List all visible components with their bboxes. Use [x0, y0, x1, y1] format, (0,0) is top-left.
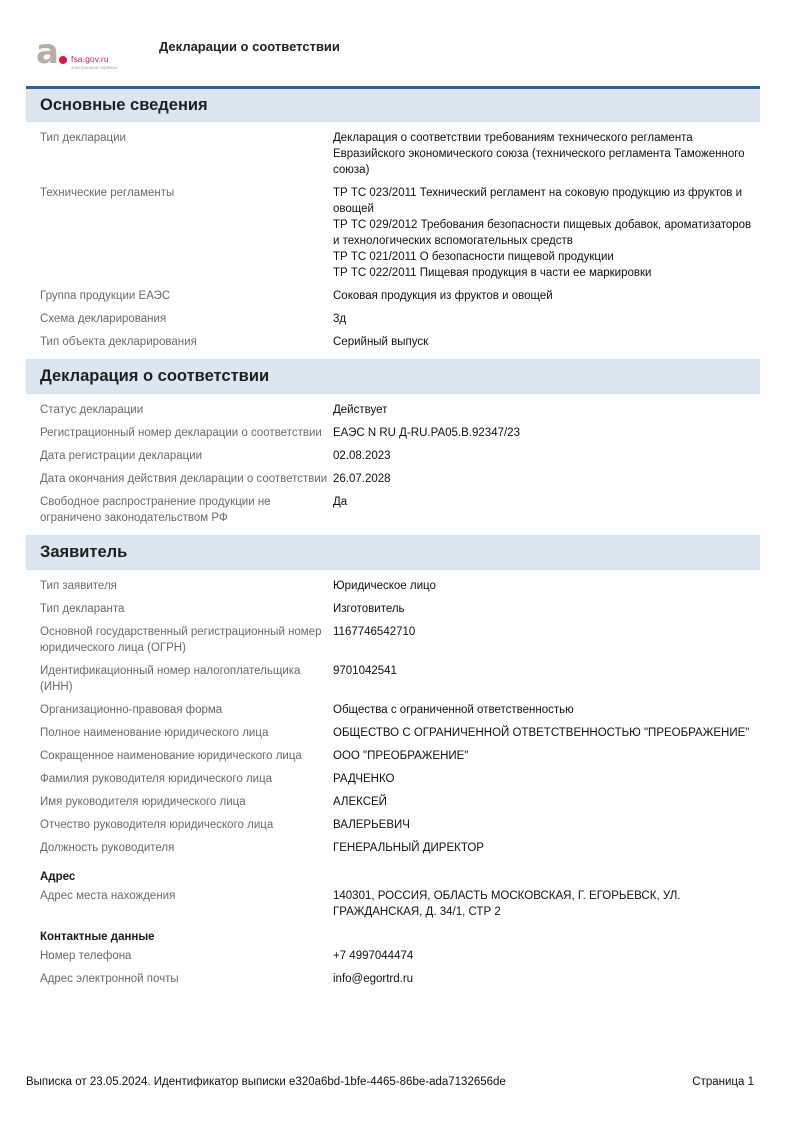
field-row: Должность руководителяГЕНЕРАЛЬНЫЙ ДИРЕКТ… [26, 838, 760, 861]
field-value-line: ЕАЭС N RU Д-RU.РА05.В.92347/23 [333, 425, 756, 441]
field-value-line: Соковая продукция из фруктов и овощей [333, 288, 756, 304]
field-value-line: ТР ТС 029/2012 Требования безопасности п… [333, 217, 756, 249]
field-value: ОБЩЕСТВО С ОГРАНИЧЕННОЙ ОТВЕТСТВЕННОСТЬЮ… [333, 725, 760, 741]
field-label: Схема декларирования [26, 311, 333, 327]
field-label: Технические регламенты [26, 185, 333, 281]
field-row: Технические регламентыТР ТС 023/2011 Тех… [26, 183, 760, 286]
field-value-line: ВАЛЕРЬЕВИЧ [333, 817, 756, 833]
field-label: Тип объекта декларирования [26, 334, 333, 350]
document-title: Декларации о соответствии [159, 39, 340, 54]
field-row: Тип заявителяЮридическое лицо [26, 576, 760, 599]
field-value-line: ОБЩЕСТВО С ОГРАНИЧЕННОЙ ОТВЕТСТВЕННОСТЬЮ… [333, 725, 756, 741]
field-value-line: Да [333, 494, 756, 510]
field-value: Соковая продукция из фруктов и овощей [333, 288, 760, 304]
address-subheading: Адрес [26, 865, 760, 886]
field-row: Адрес места нахождения140301, РОССИЯ, ОБ… [26, 886, 760, 925]
page-number: Страница 1 [692, 1076, 754, 1088]
field-value-line: РАДЧЕНКО [333, 771, 756, 787]
field-row: Схема декларирования3д [26, 309, 760, 332]
logo-site-text: fsa.gov.ru [71, 54, 109, 64]
field-value: 26.07.2028 [333, 471, 760, 487]
fsa-logo-icon: a [36, 36, 59, 68]
field-label: Имя руководителя юридического лица [26, 794, 333, 810]
contacts-block: Номер телефона+7 4997044474Адрес электро… [26, 946, 760, 996]
field-value-line: ГЕНЕРАЛЬНЫЙ ДИРЕКТОР [333, 840, 756, 856]
field-row: Фамилия руководителя юридического лицаРА… [26, 769, 760, 792]
field-value-line: 1167746542710 [333, 624, 756, 640]
field-value-line: ТР ТС 023/2011 Технический регламент на … [333, 185, 756, 217]
field-row: Тип декларацииДекларация о соответствии … [26, 128, 760, 183]
field-value: ГЕНЕРАЛЬНЫЙ ДИРЕКТОР [333, 840, 760, 856]
field-value: +7 4997044474 [333, 948, 760, 964]
field-value-line: 140301, РОССИЯ, ОБЛАСТЬ МОСКОВСКАЯ, Г. Е… [333, 888, 756, 920]
field-value-line: Серийный выпуск [333, 334, 756, 350]
field-value: 9701042541 [333, 663, 760, 695]
fsa-logo[interactable]: a fsa.gov.ru электронные сервисы [36, 36, 136, 76]
extract-info: Выписка от 23.05.2024. Идентификатор вып… [26, 1076, 506, 1088]
field-label: Тип заявителя [26, 578, 333, 594]
field-label: Регистрационный номер декларации о соотв… [26, 425, 333, 441]
field-label: Тип декларации [26, 130, 333, 178]
field-label: Фамилия руководителя юридического лица [26, 771, 333, 787]
field-value: ТР ТС 023/2011 Технический регламент на … [333, 185, 760, 281]
section-applicant-header: Заявитель [26, 535, 760, 570]
field-value-line: +7 4997044474 [333, 948, 756, 964]
field-value-line: 3д [333, 311, 756, 327]
field-row: Регистрационный номер декларации о соотв… [26, 423, 760, 446]
field-value-line: 26.07.2028 [333, 471, 756, 487]
document-content: Основные сведения Тип декларацииДекларац… [26, 86, 760, 996]
field-value-line: Юридическое лицо [333, 578, 756, 594]
field-value: Общества с ограниченной ответственностью [333, 702, 760, 718]
page-header: a fsa.gov.ru электронные сервисы Деклара… [30, 30, 770, 80]
field-value-line: АЛЕКСЕЙ [333, 794, 756, 810]
field-value-line: 9701042541 [333, 663, 756, 679]
field-row: Свободное распространение продукции не о… [26, 492, 760, 531]
field-label: Тип декларанта [26, 601, 333, 617]
field-value-line: ООО "ПРЕОБРАЖЕНИЕ" [333, 748, 756, 764]
field-label: Отчество руководителя юридического лица [26, 817, 333, 833]
field-value: РАДЧЕНКО [333, 771, 760, 787]
field-label: Адрес места нахождения [26, 888, 333, 920]
field-row: Имя руководителя юридического лицаАЛЕКСЕ… [26, 792, 760, 815]
field-row: Номер телефона+7 4997044474 [26, 946, 760, 969]
field-label: Сокращенное наименование юридического ли… [26, 748, 333, 764]
field-value-line: Декларация о соответствии требованиям те… [333, 130, 756, 178]
field-value: Да [333, 494, 760, 526]
field-value-line: ТР ТС 021/2011 О безопасности пищевой пр… [333, 249, 756, 265]
address-block: Адрес места нахождения140301, РОССИЯ, ОБ… [26, 886, 760, 929]
field-value: 1167746542710 [333, 624, 760, 656]
field-row: Идентификационный номер налогоплательщик… [26, 661, 760, 700]
field-label: Дата окончания действия декларации о соо… [26, 471, 333, 487]
field-row: Полное наименование юридического лицаОБЩ… [26, 723, 760, 746]
field-value: Действует [333, 402, 760, 418]
field-row: Тип декларантаИзготовитель [26, 599, 760, 622]
contacts-subheading: Контактные данные [26, 929, 760, 946]
section-declaration-header: Декларация о соответствии [26, 359, 760, 394]
field-value-line: Действует [333, 402, 756, 418]
field-value: ЕАЭС N RU Д-RU.РА05.В.92347/23 [333, 425, 760, 441]
field-label: Должность руководителя [26, 840, 333, 856]
field-row: Отчество руководителя юридического лицаВ… [26, 815, 760, 838]
field-value: ООО "ПРЕОБРАЖЕНИЕ" [333, 748, 760, 764]
field-value: 3д [333, 311, 760, 327]
field-label: Полное наименование юридического лица [26, 725, 333, 741]
field-row: Дата окончания действия декларации о соо… [26, 469, 760, 492]
field-value: 02.08.2023 [333, 448, 760, 464]
field-label: Адрес электронной почты [26, 971, 333, 987]
field-value-line: 02.08.2023 [333, 448, 756, 464]
field-value: Изготовитель [333, 601, 760, 617]
field-row: Тип объекта декларированияСерийный выпус… [26, 332, 760, 355]
field-value-line: info@egortrd.ru [333, 971, 756, 987]
logo-subtitle: электронные сервисы [71, 65, 117, 70]
field-value: АЛЕКСЕЙ [333, 794, 760, 810]
section-basic-info-header: Основные сведения [26, 86, 760, 122]
field-label: Статус декларации [26, 402, 333, 418]
field-label: Дата регистрации декларации [26, 448, 333, 464]
field-value-line: ТР ТС 022/2011 Пищевая продукция в части… [333, 265, 756, 281]
logo-dot-icon [59, 56, 67, 64]
field-label: Идентификационный номер налогоплательщик… [26, 663, 333, 695]
field-label: Свободное распространение продукции не о… [26, 494, 333, 526]
section-applicant: Тип заявителяЮридическое лицоТип деклара… [26, 570, 760, 865]
field-value: Серийный выпуск [333, 334, 760, 350]
field-value-line: Общества с ограниченной ответственностью [333, 702, 756, 718]
field-row: Группа продукции ЕАЭССоковая продукция и… [26, 286, 760, 309]
field-row: Основной государственный регистрационный… [26, 622, 760, 661]
field-row: Адрес электронной почтыinfo@egortrd.ru [26, 969, 760, 992]
field-row: Статус декларацииДействует [26, 400, 760, 423]
field-value: Юридическое лицо [333, 578, 760, 594]
field-label: Номер телефона [26, 948, 333, 964]
field-label: Группа продукции ЕАЭС [26, 288, 333, 304]
field-label: Организационно-правовая форма [26, 702, 333, 718]
field-row: Сокращенное наименование юридического ли… [26, 746, 760, 769]
page-footer: Выписка от 23.05.2024. Идентификатор вып… [26, 1076, 754, 1088]
field-label: Основной государственный регистрационный… [26, 624, 333, 656]
section-declaration: Статус декларацииДействуетРегистрационны… [26, 394, 760, 535]
field-value: ВАЛЕРЬЕВИЧ [333, 817, 760, 833]
field-value: 140301, РОССИЯ, ОБЛАСТЬ МОСКОВСКАЯ, Г. Е… [333, 888, 760, 920]
field-value-line: Изготовитель [333, 601, 756, 617]
section-basic-info: Тип декларацииДекларация о соответствии … [26, 122, 760, 359]
field-row: Дата регистрации декларации02.08.2023 [26, 446, 760, 469]
field-row: Организационно-правовая формаОбщества с … [26, 700, 760, 723]
field-value: info@egortrd.ru [333, 971, 760, 987]
field-value: Декларация о соответствии требованиям те… [333, 130, 760, 178]
